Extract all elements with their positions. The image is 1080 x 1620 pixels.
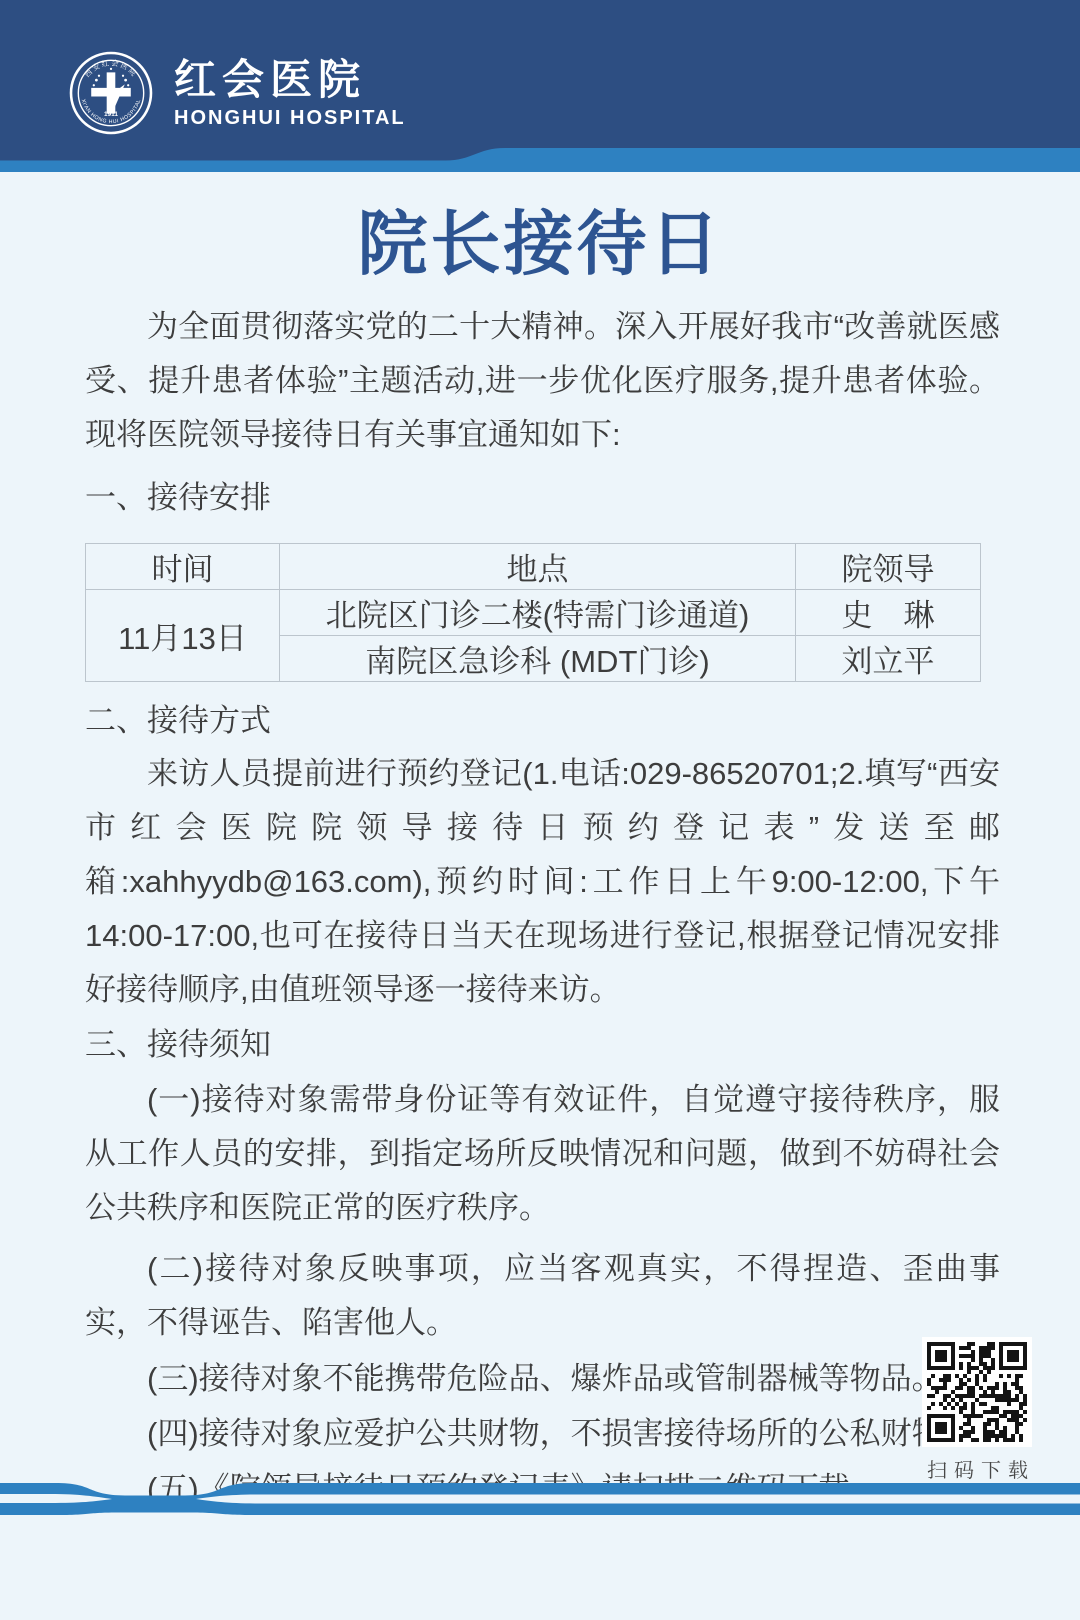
section-heading-arrangement: 一、接待安排 xyxy=(85,476,1000,520)
note-item: (四)接待对象应爱护公共财物，不损害接待场所的公私财物。 xyxy=(85,1407,1000,1461)
hospital-name-en: HONGHUI HOSPITAL xyxy=(174,106,406,130)
col-header-time: 时间 xyxy=(86,544,280,590)
reception-schedule-table: 时间 地点 院领导 11月13日 北院区门诊二楼(特需门诊通道) 史 琳 南院区… xyxy=(85,543,981,682)
cell-date: 11月13日 xyxy=(86,590,280,682)
hospital-brand: 西安红会医院 XI'AN HONG HUI HOSPITAL 1911 红会医院… xyxy=(68,50,406,136)
section-heading-method: 二、接待方式 xyxy=(85,699,1000,743)
footer-ribbon xyxy=(0,1483,1080,1516)
col-header-place: 地点 xyxy=(280,544,796,590)
page-title: 院长接待日 xyxy=(0,196,1080,292)
poster-page: 西安红会医院 XI'AN HONG HUI HOSPITAL 1911 红会医院… xyxy=(0,0,1080,1620)
method-paragraph: 来访人员提前进行预约登记(1.电话:029-86520701;2.填写“西安市红… xyxy=(85,747,1000,1017)
qr-caption: 扫码下载 xyxy=(927,1454,1032,1483)
hospital-name-zh: 红会医院 xyxy=(174,57,406,103)
note-item: (一)接待对象需带身份证等有效证件，自觉遵守接待秩序，服从工作人员的安排，到指定… xyxy=(85,1073,1000,1235)
intro-paragraph: 为全面贯彻落实党的二十大精神。深入开展好我市“改善就医感受、提升患者体验”主题活… xyxy=(85,300,1000,462)
note-item: (三)接待对象不能携带危险品、爆炸品或管制器械等物品。 xyxy=(85,1352,1000,1406)
seal-year: 1911 xyxy=(104,111,118,118)
table-row: 11月13日 北院区门诊二楼(特需门诊通道) 史 琳 xyxy=(86,590,981,636)
qr-download-block: 扫码下载 xyxy=(922,1337,1032,1483)
table-header-row: 时间 地点 院领导 xyxy=(86,544,981,590)
col-header-leader: 院领导 xyxy=(796,544,981,590)
cell-leader: 史 琳 xyxy=(796,590,981,636)
note-item: (二)接待对象反映事项，应当客观真实，不得捏造、歪曲事实，不得诬告、陷害他人。 xyxy=(85,1242,1000,1350)
cell-location: 南院区急诊科 (MDT门诊) xyxy=(280,636,796,682)
notice-body: 为全面贯彻落实党的二十大精神。深入开展好我市“改善就医感受、提升患者体验”主题活… xyxy=(85,300,1000,1516)
section-heading-notes: 三、接待须知 xyxy=(85,1023,1000,1067)
hospital-seal-icon: 西安红会医院 XI'AN HONG HUI HOSPITAL 1911 xyxy=(68,50,154,136)
qr-code xyxy=(922,1337,1032,1447)
cell-leader: 刘立平 xyxy=(796,636,981,682)
cell-location: 北院区门诊二楼(特需门诊通道) xyxy=(280,590,796,636)
